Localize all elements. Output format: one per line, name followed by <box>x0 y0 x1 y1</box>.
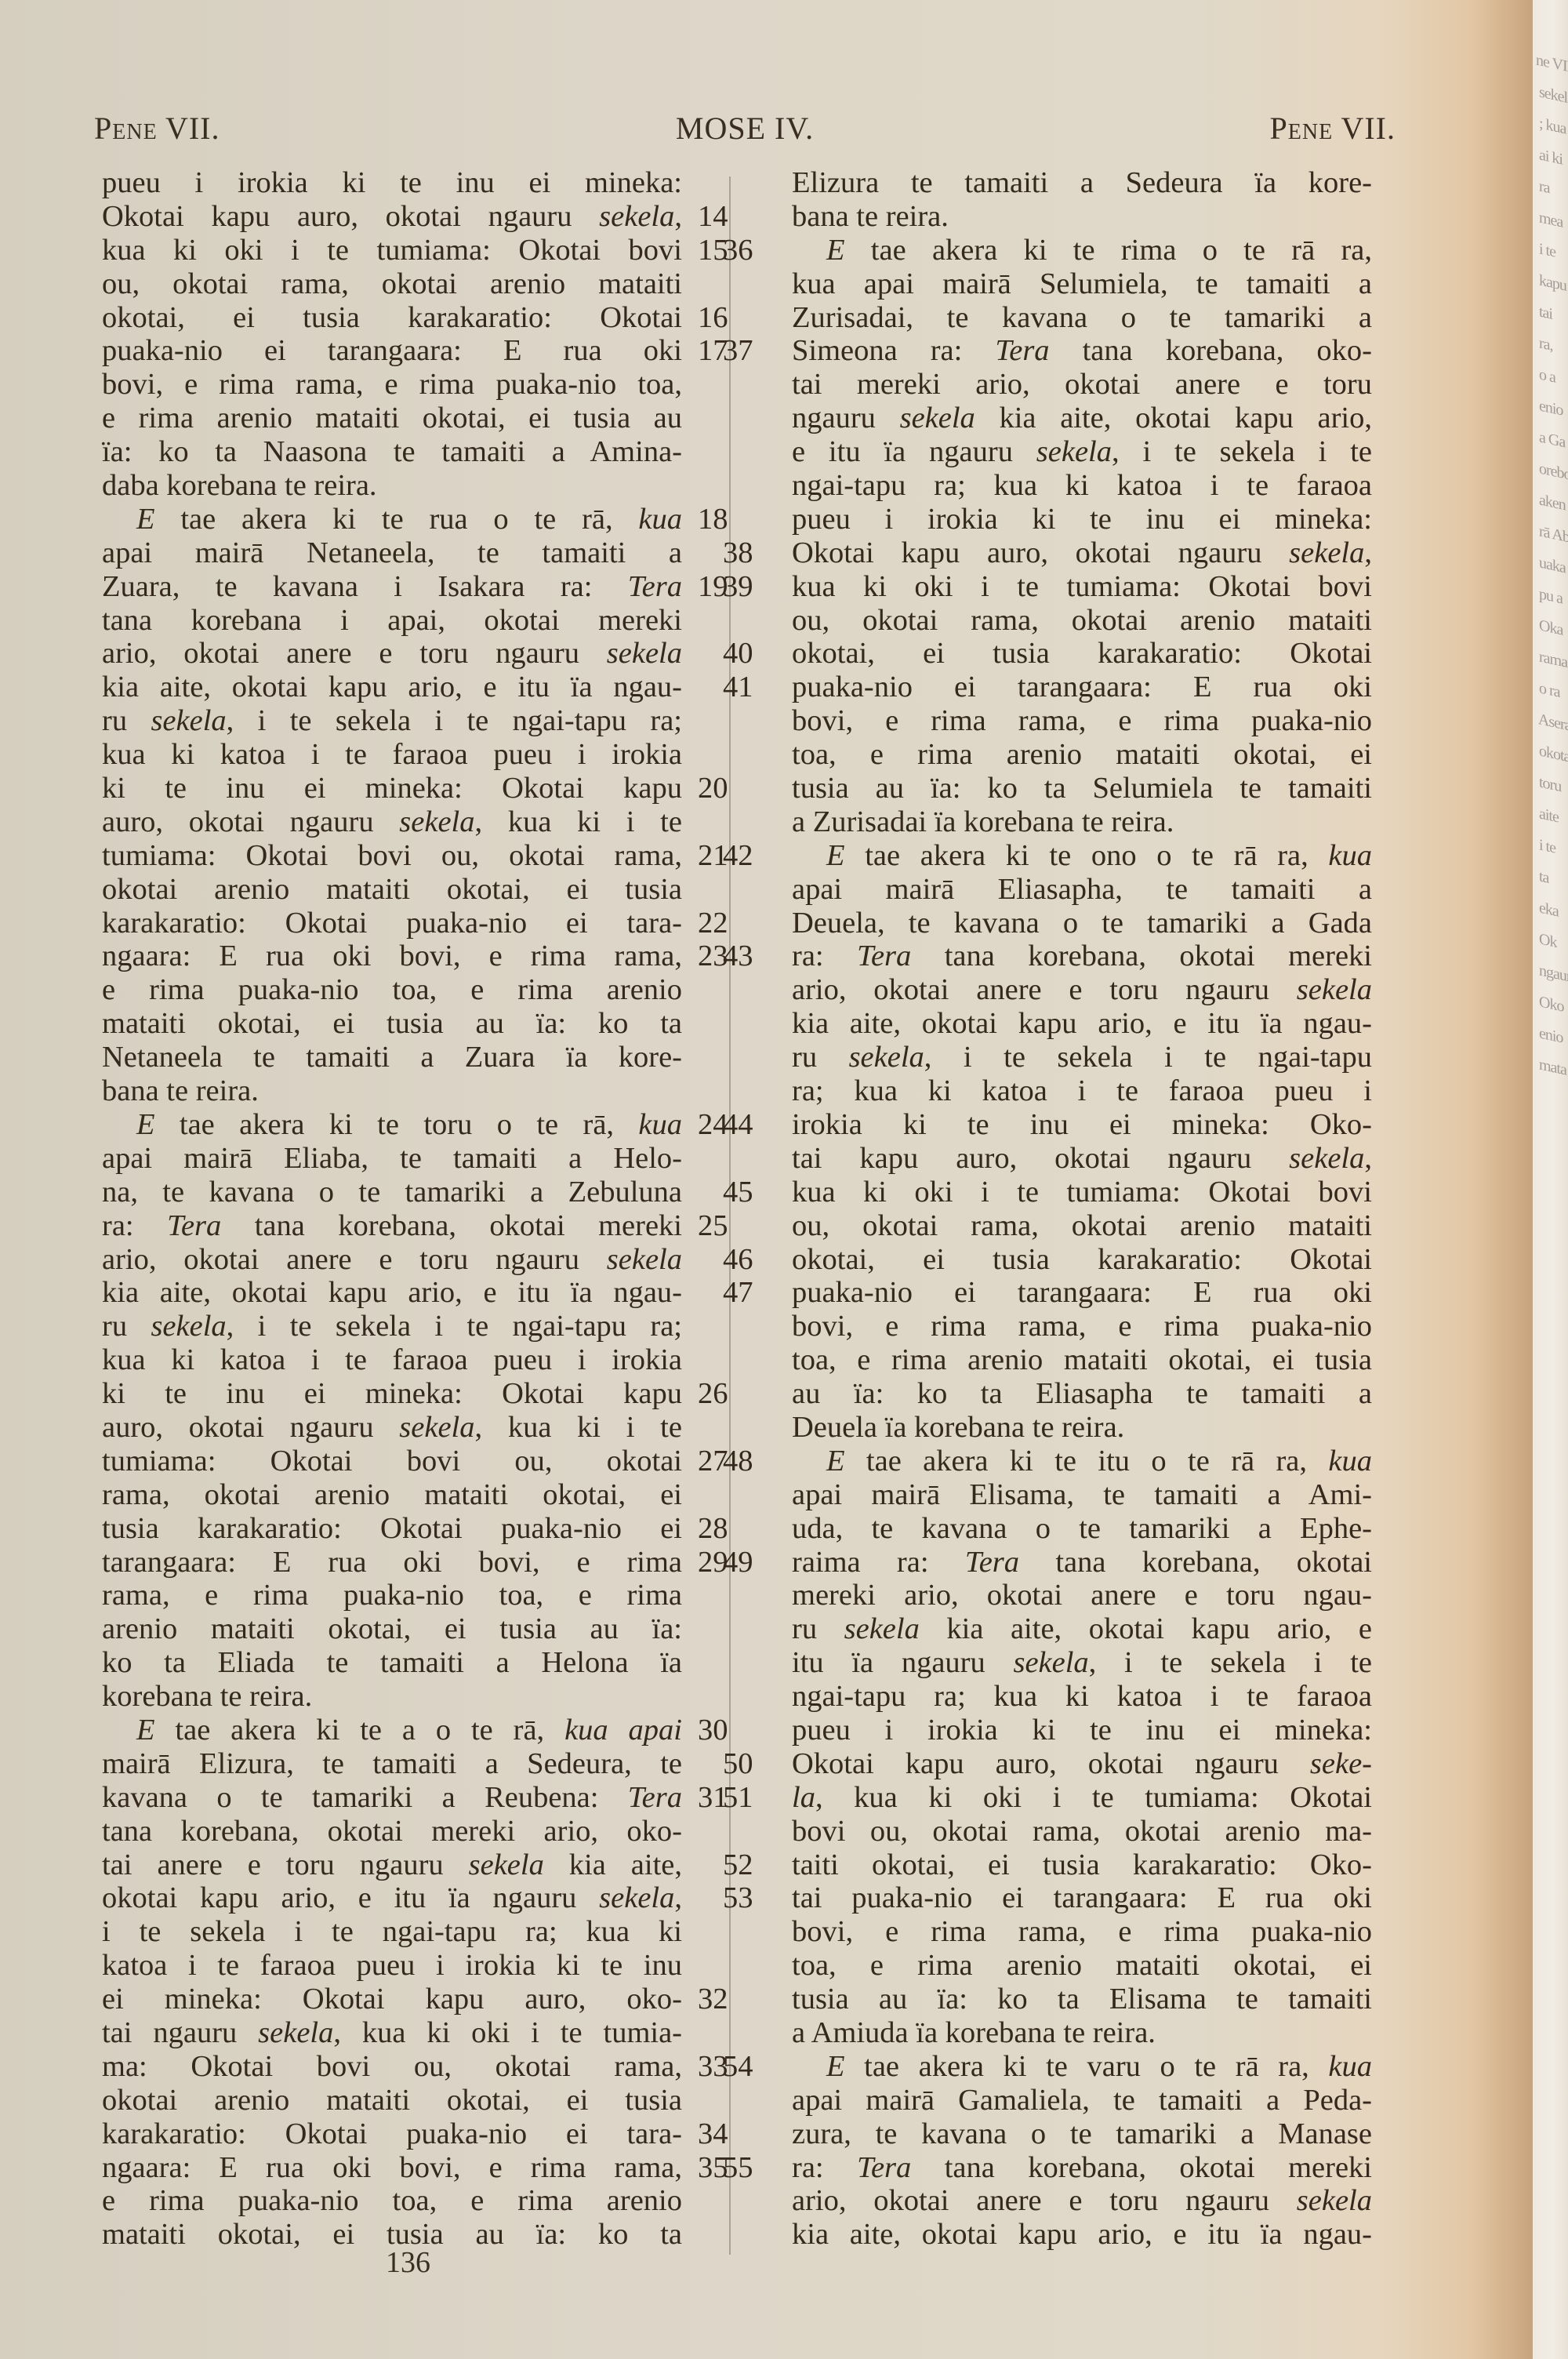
verse-number: 55 <box>723 2151 778 2185</box>
text-line: ki te inu ei mineka: Okotai kapu20 <box>102 772 682 805</box>
text-line: E tae akera ki te ono o te rā ra, kua42 <box>792 839 1372 873</box>
text-line: bana te reira. <box>102 1074 682 1108</box>
text-line: okotai, ei tusia karakaratio: Okotai16 <box>102 301 682 335</box>
text-line-content: E tae akera ki te toru o te rā, kua <box>102 1108 682 1142</box>
page-number: 136 <box>386 2245 430 2280</box>
text-line: kia aite, okotai kapu ario, e itu ïa nga… <box>102 1276 682 1310</box>
text-line-content: puaka-nio ei tarangaara: E rua oki <box>792 1276 1372 1310</box>
text-line-content: puaka-nio ei tarangaara: E rua oki <box>102 334 682 368</box>
text-line-content: tarangaara: E rua oki bovi, e rima <box>102 1546 682 1579</box>
verse-number: 52 <box>723 1848 778 1882</box>
text-line: Okotai kapu auro, okotai ngauru sekela,1… <box>102 200 682 234</box>
verse-number: 49 <box>723 1546 778 1579</box>
text-line-content: ïa: ko ta Naasona te tamaiti a Amina- <box>102 435 682 469</box>
text-line: la, kua ki oki i te tumiama: Okotai51 <box>792 1781 1372 1815</box>
text-line: E tae akera ki te itu o te rā ra, kua48 <box>792 1445 1372 1478</box>
text-line-content: e rima puaka-nio toa, e rima arenio <box>102 2184 682 2218</box>
verse-number: 16 <box>698 301 745 335</box>
text-line: e rima puaka-nio toa, e rima arenio <box>102 973 682 1007</box>
verse-number: 54 <box>723 2050 778 2084</box>
text-line-content: bovi, e rima rama, e rima puaka-nio <box>792 704 1372 738</box>
text-line: ru sekela kia aite, okotai kapu ario, e <box>792 1612 1372 1646</box>
text-line: zura, te kavana o te tamariki a Manase <box>792 2117 1372 2151</box>
text-line: uda, te kavana o te tamariki a Ephe- <box>792 1512 1372 1546</box>
text-line: puaka-nio ei tarangaara: E rua oki47 <box>792 1276 1372 1310</box>
text-line: toa, e rima arenio mataiti okotai, ei <box>792 738 1372 772</box>
text-line-content: ra: Tera tana korebana, okotai mereki <box>792 940 1372 973</box>
text-line-content: arenio mataiti okotai, ei tusia au ïa: <box>102 1612 682 1646</box>
text-line: Elizura te tamaiti a Sedeura ïa kore- <box>792 166 1372 200</box>
text-line: apai mairā Elisama, te tamaiti a Ami- <box>792 1478 1372 1512</box>
text-line: tusia au ïa: ko ta Selumiela te tamaiti <box>792 772 1372 805</box>
running-head-chapter-right: Pene VII. <box>1270 110 1396 147</box>
verse-number: 22 <box>698 907 745 940</box>
text-line: pueu i irokia ki te inu ei mineka: <box>102 166 682 200</box>
text-line: ru sekela, i te sekela i te ngai-tapu ra… <box>102 704 682 738</box>
text-line-content: Okotai kapu auro, okotai ngauru seke- <box>792 1747 1372 1781</box>
text-line-content: E tae akera ki te rima o te rā ra, <box>792 234 1372 267</box>
text-line: E tae akera ki te rima o te rā ra,36 <box>792 234 1372 267</box>
verse-number: 38 <box>723 536 778 570</box>
text-line-content: E tae akera ki te rua o te rā, kua <box>102 503 682 536</box>
text-line-content: apai mairā Gamaliela, te tamaiti a Peda- <box>792 2084 1372 2117</box>
text-line-content: mataiti okotai, ei tusia au ïa: ko ta <box>102 1007 682 1041</box>
text-line-content: bovi, e rima rama, e rima puaka-nio <box>792 1915 1372 1949</box>
text-line: mereki ario, okotai anere e toru ngau- <box>792 1579 1372 1612</box>
text-line-content: kia aite, okotai kapu ario, e itu ïa nga… <box>792 1007 1372 1041</box>
text-line-content: daba korebana te reira. <box>102 469 682 503</box>
verse-number: 53 <box>723 1881 778 1915</box>
text-line-content: ario, okotai anere e toru ngauru sekela <box>792 973 1372 1007</box>
text-line: tana korebana, okotai mereki ario, oko- <box>102 1815 682 1848</box>
text-line-content: na, te kavana o te tamariki a Zebuluna <box>102 1176 682 1209</box>
text-line: ïa: ko ta Naasona te tamaiti a Amina- <box>102 435 682 469</box>
text-line-content: ma: Okotai bovi ou, okotai rama, <box>102 2050 682 2084</box>
text-line: bovi, e rima rama, e rima puaka-nio toa, <box>102 368 682 402</box>
text-line-content: ario, okotai anere e toru ngauru sekela <box>102 637 682 671</box>
text-line-content: Okotai kapu auro, okotai ngauru sekela, <box>792 536 1372 570</box>
text-line: karakaratio: Okotai puaka-nio ei tara-34 <box>102 2117 682 2151</box>
text-line-content: a Zurisadai ïa korebana te reira. <box>792 805 1372 839</box>
text-line-content: okotai arenio mataiti okotai, ei tusia <box>102 873 682 907</box>
text-line: Zuara, te kavana i Isakara ra: Tera19 <box>102 570 682 604</box>
text-line-content: irokia ki te inu ei mineka: Oko- <box>792 1108 1372 1142</box>
text-line: kua apai mairā Selumiela, te tamaiti a <box>792 267 1372 301</box>
text-line-content: okotai arenio mataiti okotai, ei tusia <box>102 2084 682 2117</box>
text-line-content: pueu i irokia ki te inu ei mineka: <box>792 1714 1372 1747</box>
adjacent-page-ghost-text: ne VII sekela ; kua ai ki ra mea i te ka… <box>1536 44 1563 1085</box>
text-line: puaka-nio ei tarangaara: E rua oki41 <box>792 671 1372 704</box>
text-line: tana korebana i apai, okotai mereki <box>102 604 682 638</box>
verse-number: 14 <box>698 200 745 234</box>
text-line: ngauru sekela kia aite, okotai kapu ario… <box>792 402 1372 435</box>
text-line: ngai-tapu ra; kua ki katoa i te faraoa <box>792 469 1372 503</box>
text-line: katoa i te faraoa pueu i irokia ki te in… <box>102 1949 682 1983</box>
text-line-content: mereki ario, okotai anere e toru ngau- <box>792 1579 1372 1612</box>
text-line-content: tumiama: Okotai bovi ou, okotai <box>102 1445 682 1478</box>
text-line-content: toa, e rima arenio mataiti okotai, ei <box>792 1949 1372 1983</box>
text-line-content: kua ki oki i te tumiama: Okotai bovi <box>102 234 682 267</box>
text-line-content: tumiama: Okotai bovi ou, okotai rama, <box>102 839 682 873</box>
text-line: tai mereki ario, okotai anere e toru <box>792 368 1372 402</box>
text-line-content: e rima puaka-nio toa, e rima arenio <box>102 973 682 1007</box>
text-line-content: ru sekela, i te sekela i te ngai-tapu ra… <box>102 704 682 738</box>
verse-number: 30 <box>698 1714 745 1747</box>
verse-number: 25 <box>698 1209 745 1243</box>
text-line-content: kia aite, okotai kapu ario, e itu ïa nga… <box>102 671 682 704</box>
text-line: e rima arenio mataiti okotai, ei tusia a… <box>102 402 682 435</box>
text-line-content: ario, okotai anere e toru ngauru sekela <box>102 1243 682 1277</box>
text-line: puaka-nio ei tarangaara: E rua oki17 <box>102 334 682 368</box>
text-line-content: raima ra: Tera tana korebana, okotai <box>792 1546 1372 1579</box>
text-line: irokia ki te inu ei mineka: Oko-44 <box>792 1108 1372 1142</box>
text-line: ngaara: E rua oki bovi, e rima rama,35 <box>102 2151 682 2185</box>
text-line-content: okotai kapu ario, e itu ïa ngauru sekela… <box>102 1881 682 1915</box>
text-line: ario, okotai anere e toru ngauru sekela <box>792 973 1372 1007</box>
text-line: okotai arenio mataiti okotai, ei tusia <box>102 873 682 907</box>
text-line: Zurisadai, te kavana o te tamariki a <box>792 301 1372 335</box>
text-line: bana te reira. <box>792 200 1372 234</box>
text-line: bovi, e rima rama, e rima puaka-nio <box>792 704 1372 738</box>
text-line-content: tai mereki ario, okotai anere e toru <box>792 368 1372 402</box>
text-line: ru sekela, i te sekela i te ngai-tapu <box>792 1041 1372 1074</box>
left-text-column: pueu i irokia ki te inu ei mineka:Okotai… <box>102 166 682 2252</box>
text-line-content: Okotai kapu auro, okotai ngauru sekela, <box>102 200 682 234</box>
text-line-content: okotai, ei tusia karakaratio: Okotai <box>792 637 1372 671</box>
text-line-content: ru sekela kia aite, okotai kapu ario, e <box>792 1612 1372 1646</box>
text-line-content: tai puaka-nio ei tarangaara: E rua oki <box>792 1881 1372 1915</box>
text-line-content: ou, okotai rama, okotai arenio mataiti <box>102 267 682 301</box>
text-line-content: Elizura te tamaiti a Sedeura ïa kore- <box>792 166 1372 200</box>
text-line-content: E tae akera ki te a o te rā, kua apai <box>102 1714 682 1747</box>
verse-number: 47 <box>723 1276 778 1310</box>
text-line: okotai arenio mataiti okotai, ei tusia <box>102 2084 682 2117</box>
text-line: ra; kua ki katoa i te faraoa pueu i <box>792 1074 1372 1108</box>
text-line-content: kua ki katoa i te faraoa pueu i irokia <box>102 738 682 772</box>
column-divider-rule <box>729 176 731 2255</box>
text-line: Deuela, te kavana o te tamariki a Gada <box>792 907 1372 940</box>
verse-number: 43 <box>723 940 778 973</box>
text-line: taiti okotai, ei tusia karakaratio: Oko-… <box>792 1848 1372 1882</box>
verse-number: 28 <box>698 1512 745 1546</box>
text-line: pueu i irokia ki te inu ei mineka: <box>792 503 1372 536</box>
text-line-content: bovi, e rima rama, e rima puaka-nio <box>792 1310 1372 1343</box>
text-line: bovi, e rima rama, e rima puaka-nio <box>792 1915 1372 1949</box>
text-line-content: pueu i irokia ki te inu ei mineka: <box>792 503 1372 536</box>
text-line-content: itu ïa ngauru sekela, i te sekela i te <box>792 1646 1372 1680</box>
text-line: tusia au ïa: ko ta Elisama te tamaiti <box>792 1983 1372 2016</box>
text-line-content: ario, okotai anere e toru ngauru sekela <box>792 2184 1372 2218</box>
text-line-content: ru sekela, i te sekela i te ngai-tapu <box>792 1041 1372 1074</box>
text-line: ou, okotai rama, okotai arenio mataiti <box>102 267 682 301</box>
text-line-content: Deuela, te kavana o te tamariki a Gada <box>792 907 1372 940</box>
verse-number: 36 <box>723 234 778 267</box>
text-line: pueu i irokia ki te inu ei mineka: <box>792 1714 1372 1747</box>
text-line-content: okotai, ei tusia karakaratio: Okotai <box>102 301 682 335</box>
text-line: au ïa: ko ta Eliasapha te tamaiti a <box>792 1377 1372 1411</box>
text-line-content: rama, okotai arenio mataiti okotai, ei <box>102 1478 682 1512</box>
verse-number: 44 <box>723 1108 778 1142</box>
text-line-content: tai kapu auro, okotai ngauru sekela, <box>792 1142 1372 1176</box>
text-line-content: uda, te kavana o te tamariki a Ephe- <box>792 1512 1372 1546</box>
text-line-content: bana te reira. <box>792 200 1372 234</box>
text-line-content: i te sekela i te ngai-tapu ra; kua ki <box>102 1915 682 1949</box>
verse-number: 41 <box>723 671 778 704</box>
text-line: kua ki katoa i te faraoa pueu i irokia <box>102 1343 682 1377</box>
text-line: okotai, ei tusia karakaratio: Okotai46 <box>792 1243 1372 1277</box>
text-line-content: bovi ou, okotai rama, okotai arenio ma- <box>792 1815 1372 1848</box>
text-line-content: Zuara, te kavana i Isakara ra: Tera <box>102 570 682 604</box>
text-line-content: kua ki oki i te tumiama: Okotai bovi <box>792 570 1372 604</box>
text-line: tumiama: Okotai bovi ou, okotai27 <box>102 1445 682 1478</box>
text-line-content: tusia karakaratio: Okotai puaka-nio ei <box>102 1512 682 1546</box>
text-line-content: la, kua ki oki i te tumiama: Okotai <box>792 1781 1372 1815</box>
verse-number: 40 <box>723 637 778 671</box>
text-line: E tae akera ki te toru o te rā, kua24 <box>102 1108 682 1142</box>
text-line: ou, okotai rama, okotai arenio mataiti <box>792 604 1372 638</box>
text-line-content: ou, okotai rama, okotai arenio mataiti <box>792 1209 1372 1243</box>
text-line: Simeona ra: Tera tana korebana, oko-37 <box>792 334 1372 368</box>
running-head-book-title: MOSE IV. <box>94 110 1396 147</box>
text-line: mairā Elizura, te tamaiti a Sedeura, te <box>102 1747 682 1781</box>
text-line-content: ru sekela, i te sekela i te ngai-tapu ra… <box>102 1310 682 1343</box>
text-line-content: bovi, e rima rama, e rima puaka-nio toa, <box>102 368 682 402</box>
text-line: kia aite, okotai kapu ario, e itu ïa nga… <box>102 671 682 704</box>
text-line: korebana te reira. <box>102 1680 682 1714</box>
text-line-content: ngaara: E rua oki bovi, e rima rama, <box>102 940 682 973</box>
text-line-content: E tae akera ki te itu o te rā ra, kua <box>792 1445 1372 1478</box>
text-line: Okotai kapu auro, okotai ngauru sekela,3… <box>792 536 1372 570</box>
text-line: E tae akera ki te rua o te rā, kua18 <box>102 503 682 536</box>
text-line: okotai kapu ario, e itu ïa ngauru sekela… <box>102 1881 682 1915</box>
text-line-content: bana te reira. <box>102 1074 682 1108</box>
text-line: kua ki oki i te tumiama: Okotai bovi39 <box>792 570 1372 604</box>
verse-number: 45 <box>723 1176 778 1209</box>
text-line-content: apai mairā Eliasapha, te tamaiti a <box>792 873 1372 907</box>
text-line: tarangaara: E rua oki bovi, e rima29 <box>102 1546 682 1579</box>
text-line-content: au ïa: ko ta Eliasapha te tamaiti a <box>792 1377 1372 1411</box>
text-line: apai mairā Netaneela, te tamaiti a <box>102 536 682 570</box>
text-line-content: katoa i te faraoa pueu i irokia ki te in… <box>102 1949 682 1983</box>
text-line: ra: Tera tana korebana, okotai mereki25 <box>102 1209 682 1243</box>
text-line-content: apai mairā Elisama, te tamaiti a Ami- <box>792 1478 1372 1512</box>
text-line-content: korebana te reira. <box>102 1680 682 1714</box>
text-line-content: toa, e rima arenio mataiti okotai, ei <box>792 738 1372 772</box>
text-line: mataiti okotai, ei tusia au ïa: ko ta <box>102 1007 682 1041</box>
text-line-content: ra; kua ki katoa i te faraoa pueu i <box>792 1074 1372 1108</box>
text-line-content: Zurisadai, te kavana o te tamariki a <box>792 301 1372 335</box>
text-line: Deuela ïa korebana te reira. <box>792 1411 1372 1445</box>
text-line: e itu ïa ngauru sekela, i te sekela i te <box>792 435 1372 469</box>
text-line: a Amiuda ïa korebana te reira. <box>792 2016 1372 2050</box>
text-line-content: karakaratio: Okotai puaka-nio ei tara- <box>102 907 682 940</box>
text-line: ou, okotai rama, okotai arenio mataiti <box>792 1209 1372 1243</box>
text-line: ei mineka: Okotai kapu auro, oko-32 <box>102 1983 682 2016</box>
text-line: rama, okotai arenio mataiti okotai, ei <box>102 1478 682 1512</box>
text-line-content: ngai-tapu ra; kua ki katoa i te faraoa <box>792 1680 1372 1714</box>
text-line-content: auro, okotai ngauru sekela, kua ki i te <box>102 805 682 839</box>
text-line: ario, okotai anere e toru ngauru sekela <box>792 2184 1372 2218</box>
text-line-content: Simeona ra: Tera tana korebana, oko- <box>792 334 1372 368</box>
text-line: i te sekela i te ngai-tapu ra; kua ki <box>102 1915 682 1949</box>
text-line-content: tana korebana i apai, okotai mereki <box>102 604 682 638</box>
text-line-content: mairā Elizura, te tamaiti a Sedeura, te <box>102 1747 682 1781</box>
text-line-content: ra: Tera tana korebana, okotai mereki <box>102 1209 682 1243</box>
text-line: itu ïa ngauru sekela, i te sekela i te <box>792 1646 1372 1680</box>
text-line: apai mairā Eliasapha, te tamaiti a <box>792 873 1372 907</box>
text-line: a Zurisadai ïa korebana te reira. <box>792 805 1372 839</box>
text-line-content: e rima arenio mataiti okotai, ei tusia a… <box>102 402 682 435</box>
text-line: ngaara: E rua oki bovi, e rima rama,23 <box>102 940 682 973</box>
text-line-content: apai mairā Netaneela, te tamaiti a <box>102 536 682 570</box>
text-line-content: kia aite, okotai kapu ario, e itu ïa nga… <box>102 1276 682 1310</box>
verse-number: 42 <box>723 839 778 873</box>
text-line: toa, e rima arenio mataiti okotai, ei <box>792 1949 1372 1983</box>
text-line-content: tai anere e toru ngauru sekela kia aite, <box>102 1848 682 1882</box>
text-line: ra: Tera tana korebana, okotai mereki43 <box>792 940 1372 973</box>
text-line-content: kavana o te tamariki a Reubena: Tera <box>102 1781 682 1815</box>
text-line: rama, e rima puaka-nio toa, e rima <box>102 1579 682 1612</box>
text-line: Netaneela te tamaiti a Zuara ïa kore- <box>102 1041 682 1074</box>
verse-number: 20 <box>698 772 745 805</box>
text-line-content: kua ki katoa i te faraoa pueu i irokia <box>102 1343 682 1377</box>
verse-number: 48 <box>723 1445 778 1478</box>
text-line: raima ra: Tera tana korebana, okotai49 <box>792 1546 1372 1579</box>
text-line-content: e itu ïa ngauru sekela, i te sekela i te <box>792 435 1372 469</box>
verse-number: 50 <box>723 1747 778 1781</box>
text-line-content: toa, e rima arenio mataiti okotai, ei tu… <box>792 1343 1372 1377</box>
text-line: ma: Okotai bovi ou, okotai rama,33 <box>102 2050 682 2084</box>
text-line: E tae akera ki te a o te rā, kua apai30 <box>102 1714 682 1747</box>
text-line: kia aite, okotai kapu ario, e itu ïa nga… <box>792 1007 1372 1041</box>
text-line-content: ou, okotai rama, okotai arenio mataiti <box>792 604 1372 638</box>
text-line-content: a Amiuda ïa korebana te reira. <box>792 2016 1372 2050</box>
text-line: tai anere e toru ngauru sekela kia aite, <box>102 1848 682 1882</box>
text-line: bovi, e rima rama, e rima puaka-nio <box>792 1310 1372 1343</box>
text-line-content: tusia au ïa: ko ta Selumiela te tamaiti <box>792 772 1372 805</box>
text-line-content: puaka-nio ei tarangaara: E rua oki <box>792 671 1372 704</box>
text-line: tai puaka-nio ei tarangaara: E rua oki53 <box>792 1881 1372 1915</box>
text-line-content: ki te inu ei mineka: Okotai kapu <box>102 772 682 805</box>
text-line: ario, okotai anere e toru ngauru sekela <box>102 637 682 671</box>
text-line-content: tai ngauru sekela, kua ki oki i te tumia… <box>102 2016 682 2050</box>
verse-number: 32 <box>698 1983 745 2016</box>
text-line-content: ei mineka: Okotai kapu auro, oko- <box>102 1983 682 2016</box>
text-line: Okotai kapu auro, okotai ngauru seke-50 <box>792 1747 1372 1781</box>
text-line-content: ki te inu ei mineka: Okotai kapu <box>102 1377 682 1411</box>
verse-number: 46 <box>723 1243 778 1277</box>
text-line-content: ngaara: E rua oki bovi, e rima rama, <box>102 2151 682 2185</box>
text-line: daba korebana te reira. <box>102 469 682 503</box>
text-line-content: Deuela ïa korebana te reira. <box>792 1411 1372 1445</box>
text-line: arenio mataiti okotai, ei tusia au ïa: <box>102 1612 682 1646</box>
text-line-content: ngai-tapu ra; kua ki katoa i te faraoa <box>792 469 1372 503</box>
text-line: apai mairā Gamaliela, te tamaiti a Peda- <box>792 2084 1372 2117</box>
verse-number: 37 <box>723 334 778 368</box>
text-line: kua ki katoa i te faraoa pueu i irokia <box>102 738 682 772</box>
adjacent-page-edge: ne VII sekela ; kua ai ki ra mea i te ka… <box>1533 0 1568 2359</box>
text-line-content: ra: Tera tana korebana, okotai mereki <box>792 2151 1372 2185</box>
text-line: tai ngauru sekela, kua ki oki i te tumia… <box>102 2016 682 2050</box>
text-line: kia aite, okotai kapu ario, e itu ïa nga… <box>792 2218 1372 2252</box>
text-line-content: ko ta Eliada te tamaiti a Helona ïa <box>102 1646 682 1680</box>
text-line: bovi ou, okotai rama, okotai arenio ma- <box>792 1815 1372 1848</box>
text-line-content: kia aite, okotai kapu ario, e itu ïa nga… <box>792 2218 1372 2252</box>
text-line: E tae akera ki te varu o te rā ra, kua54 <box>792 2050 1372 2084</box>
text-line-content: tusia au ïa: ko ta Elisama te tamaiti <box>792 1983 1372 2016</box>
text-line: na, te kavana o te tamariki a Zebuluna <box>102 1176 682 1209</box>
text-line-content: okotai, ei tusia karakaratio: Okotai <box>792 1243 1372 1277</box>
text-line: ngai-tapu ra; kua ki katoa i te faraoa <box>792 1680 1372 1714</box>
text-line: tai kapu auro, okotai ngauru sekela, <box>792 1142 1372 1176</box>
verse-number: 39 <box>723 570 778 604</box>
text-line: kua ki oki i te tumiama: Okotai bovi15 <box>102 234 682 267</box>
verse-number: 18 <box>698 503 745 536</box>
running-head: Pene VII. MOSE IV. Pene VII. <box>94 110 1396 157</box>
verse-number: 34 <box>698 2117 745 2151</box>
text-line: tusia karakaratio: Okotai puaka-nio ei28 <box>102 1512 682 1546</box>
text-line-content: apai mairā Eliaba, te tamaiti a Helo- <box>102 1142 682 1176</box>
verse-number: 51 <box>723 1781 778 1815</box>
text-line-content: karakaratio: Okotai puaka-nio ei tara- <box>102 2117 682 2151</box>
text-line-content: kua apai mairā Selumiela, te tamaiti a <box>792 267 1372 301</box>
text-line: kavana o te tamariki a Reubena: Tera31 <box>102 1781 682 1815</box>
text-line: ario, okotai anere e toru ngauru sekela <box>102 1243 682 1277</box>
text-line-content: ngauru sekela kia aite, okotai kapu ario… <box>792 402 1372 435</box>
text-line: ki te inu ei mineka: Okotai kapu26 <box>102 1377 682 1411</box>
text-line: auro, okotai ngauru sekela, kua ki i te <box>102 805 682 839</box>
text-line: karakaratio: Okotai puaka-nio ei tara-22 <box>102 907 682 940</box>
text-line: apai mairā Eliaba, te tamaiti a Helo- <box>102 1142 682 1176</box>
text-line: ra: Tera tana korebana, okotai mereki55 <box>792 2151 1372 2185</box>
text-line: okotai, ei tusia karakaratio: Okotai40 <box>792 637 1372 671</box>
text-line-content: kua ki oki i te tumiama: Okotai bovi <box>792 1176 1372 1209</box>
verse-number: 26 <box>698 1377 745 1411</box>
text-line: ko ta Eliada te tamaiti a Helona ïa <box>102 1646 682 1680</box>
text-line-content: tana korebana, okotai mereki ario, oko- <box>102 1815 682 1848</box>
text-line-content: rama, e rima puaka-nio toa, e rima <box>102 1579 682 1612</box>
text-line: kua ki oki i te tumiama: Okotai bovi45 <box>792 1176 1372 1209</box>
text-line: tumiama: Okotai bovi ou, okotai rama,21 <box>102 839 682 873</box>
text-line-content: Netaneela te tamaiti a Zuara ïa kore- <box>102 1041 682 1074</box>
text-line-content: E tae akera ki te ono o te rā ra, kua <box>792 839 1372 873</box>
text-line: auro, okotai ngauru sekela, kua ki i te <box>102 1411 682 1445</box>
text-line-content: taiti okotai, ei tusia karakaratio: Oko- <box>792 1848 1372 1882</box>
text-line: toa, e rima arenio mataiti okotai, ei tu… <box>792 1343 1372 1377</box>
text-line: e rima puaka-nio toa, e rima arenio <box>102 2184 682 2218</box>
text-line-content: E tae akera ki te varu o te rā ra, kua <box>792 2050 1372 2084</box>
text-line: ru sekela, i te sekela i te ngai-tapu ra… <box>102 1310 682 1343</box>
text-line-content: zura, te kavana o te tamariki a Manase <box>792 2117 1372 2151</box>
right-text-column: Elizura te tamaiti a Sedeura ïa kore-ban… <box>792 166 1372 2252</box>
text-line-content: pueu i irokia ki te inu ei mineka: <box>102 166 682 200</box>
text-line-content: auro, okotai ngauru sekela, kua ki i te <box>102 1411 682 1445</box>
